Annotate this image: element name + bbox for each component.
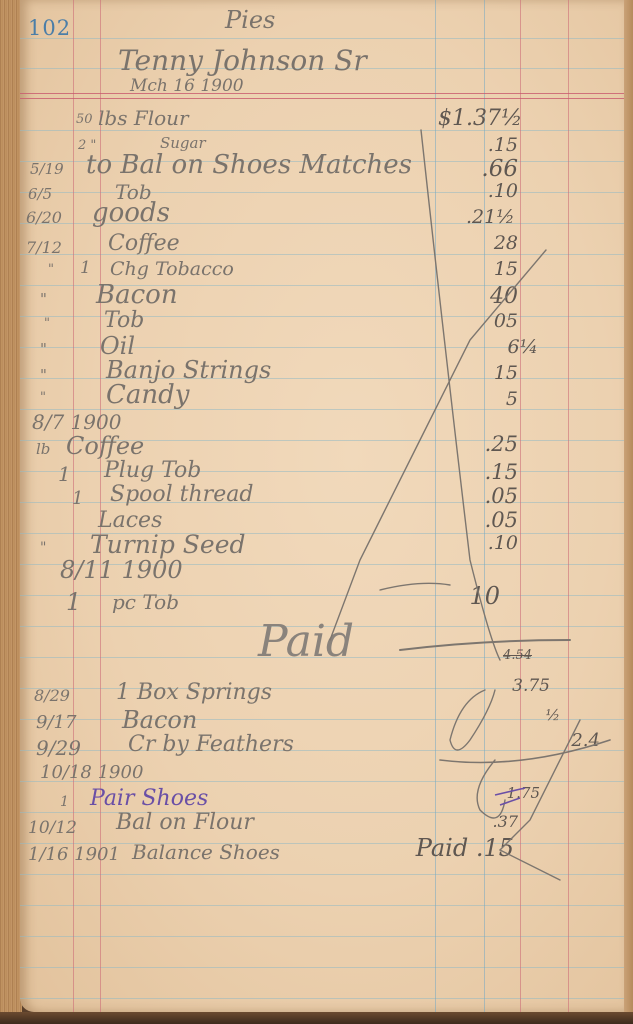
pencil-strike-marks [0, 0, 633, 1024]
strike-line-long [421, 130, 500, 660]
